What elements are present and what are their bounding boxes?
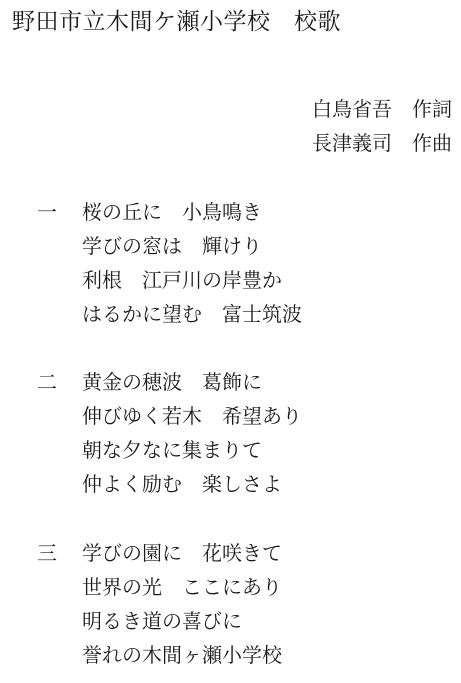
lyric-line: 朝な夕なに集まりて <box>82 433 302 467</box>
verse-1: 一 桜の丘に 小鳥鳴き 学びの窓は 輝けり 利根 江戸川の岸豊か はるかに望む … <box>37 195 302 331</box>
lyric-line: 学びの窓は 輝けり <box>82 229 302 263</box>
lyric-line: 学びの園に 花咲きて <box>82 536 282 570</box>
lyric-line: はるかに望む 富士筑波 <box>82 297 302 331</box>
lyric-line: 桜の丘に 小鳥鳴き <box>82 195 302 229</box>
verse-2: 二 黄金の穂波 葛飾に 伸びゆく若木 希望あり 朝な夕なに集まりて 仲よく励む … <box>37 365 302 501</box>
verse-3: 三 学びの園に 花咲きて 世界の光 ここにあり 明るき道の喜びに 誉れの木間ヶ瀬… <box>37 536 282 672</box>
lyric-line: 黄金の穂波 葛飾に <box>82 365 302 399</box>
page-title: 野田市立木間ケ瀬小学校 校歌 <box>12 6 341 38</box>
verse-number: 二 <box>37 365 67 399</box>
composer-credit: 長津義司 作曲 <box>312 126 452 160</box>
lyric-line: 明るき道の喜びに <box>82 604 282 638</box>
verse-lines: 学びの園に 花咲きて 世界の光 ここにあり 明るき道の喜びに 誉れの木間ヶ瀬小学… <box>82 536 282 672</box>
verse-number: 三 <box>37 536 67 570</box>
lyric-line: 利根 江戸川の岸豊か <box>82 263 302 297</box>
verse-number: 一 <box>37 195 67 229</box>
credits: 白鳥省吾 作詞 長津義司 作曲 <box>312 92 452 160</box>
lyricist-credit: 白鳥省吾 作詞 <box>312 92 452 126</box>
lyric-line: 仲よく励む 楽しさよ <box>82 467 302 501</box>
verse-lines: 桜の丘に 小鳥鳴き 学びの窓は 輝けり 利根 江戸川の岸豊か はるかに望む 富士… <box>82 195 302 331</box>
lyric-line: 伸びゆく若木 希望あり <box>82 399 302 433</box>
lyric-line: 世界の光 ここにあり <box>82 570 282 604</box>
lyric-line: 誉れの木間ヶ瀬小学校 <box>82 638 282 672</box>
verse-lines: 黄金の穂波 葛飾に 伸びゆく若木 希望あり 朝な夕なに集まりて 仲よく励む 楽し… <box>82 365 302 501</box>
